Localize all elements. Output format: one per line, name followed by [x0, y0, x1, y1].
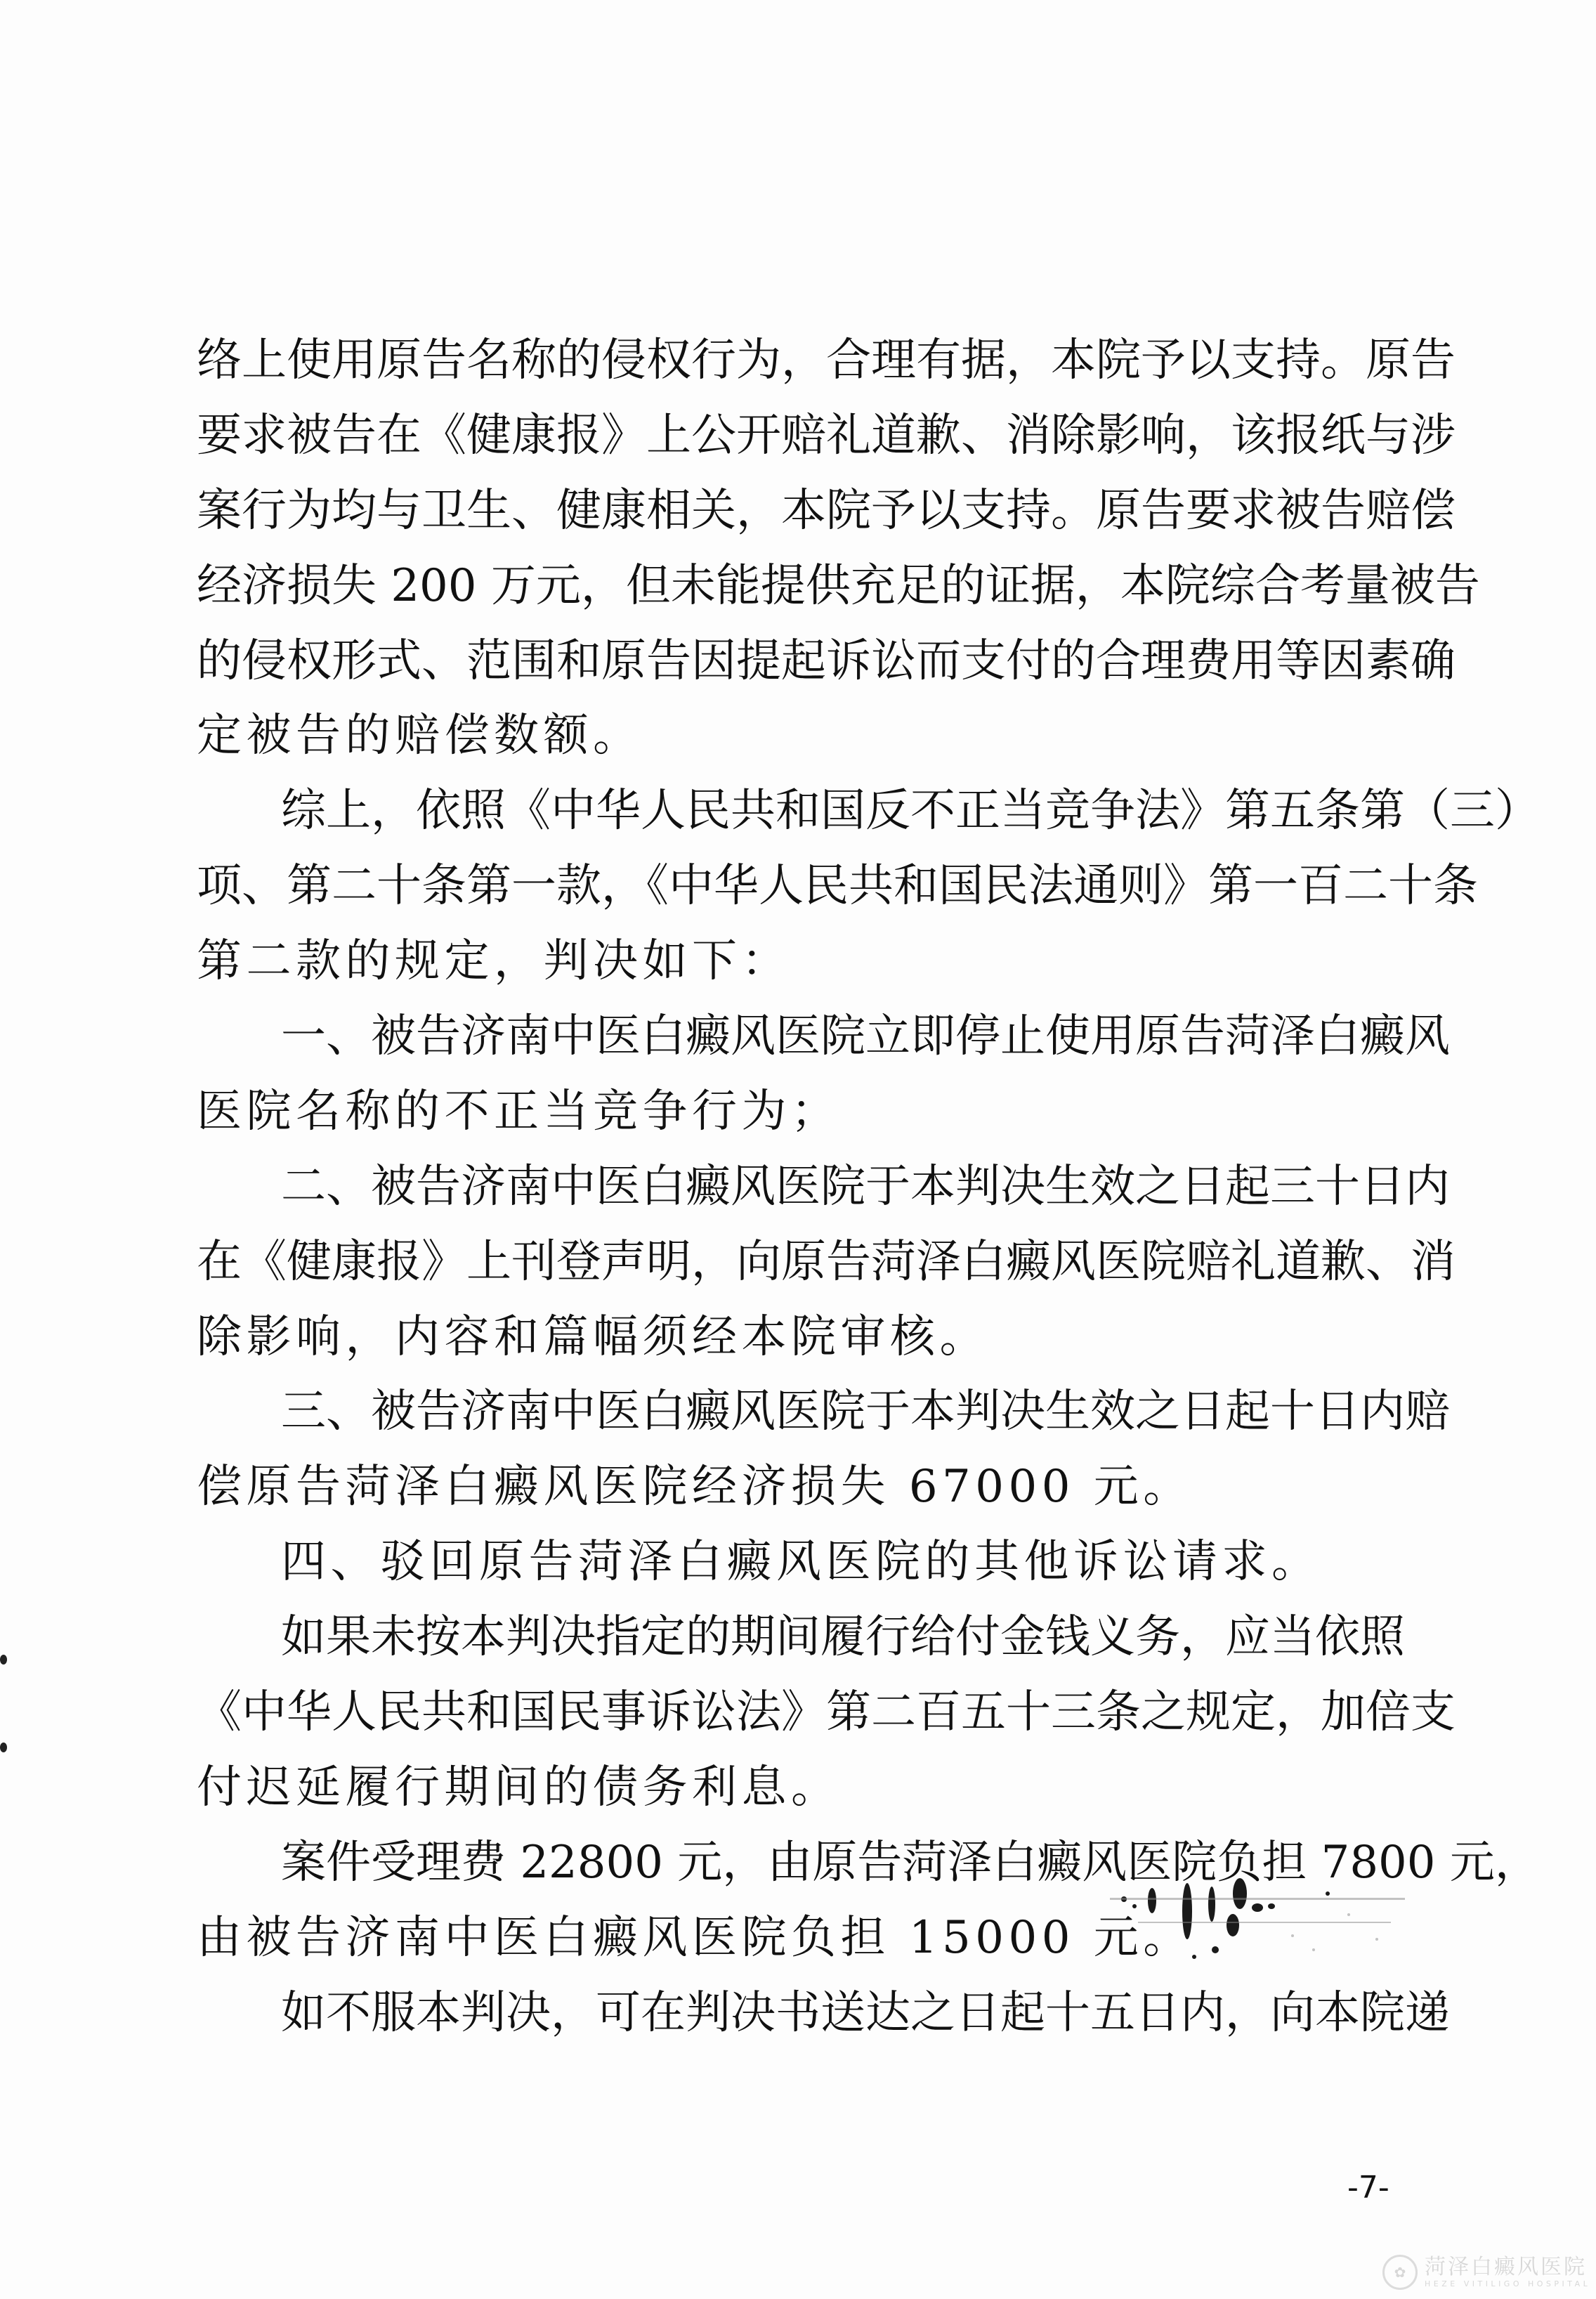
text-line: 《中华人民共和国民事诉讼法》第二百五十三条之规定，加倍支: [197, 1675, 1398, 1750]
text-line: 第二款的规定，判决如下：: [197, 924, 1398, 999]
scan-edge-mark: [0, 1655, 7, 1665]
judgment-body-text: 络上使用原告名称的侵权行为，合理有据，本院予以支持。原告要求被告在《健康报》上公…: [197, 323, 1398, 2050]
text-line: 二、被告济南中医白癜风医院于本判决生效之日起三十日内: [197, 1149, 1398, 1225]
text-line: 综上，依照《中华人民共和国反不正当竞争法》第五条第（三）: [197, 774, 1398, 849]
text-line: 在《健康报》上刊登声明，向原告菏泽白癜风医院赔礼道歉、消: [197, 1225, 1398, 1300]
text-line: 三、被告济南中医白癜风医院于本判决生效之日起十日内赔: [197, 1374, 1398, 1450]
watermark-name-cn: 菏泽白癜风医院: [1425, 2255, 1590, 2279]
text-line: 的侵权形式、范围和原告因提起诉讼而支付的合理费用等因素确: [197, 624, 1398, 699]
hospital-watermark: ✿ 菏泽白癜风医院 HEZE VITILIGO HOSPITAL: [1382, 2253, 1593, 2292]
text-line: 如果未按本判决指定的期间履行给付金钱义务，应当依照: [197, 1600, 1398, 1675]
text-line: 偿原告菏泽白癜风医院经济损失 67000 元。: [197, 1450, 1398, 1525]
text-line: 经济损失 200 万元，但未能提供充足的证据，本院综合考量被告: [197, 549, 1398, 624]
text-line: 如不服本判决，可在判决书送达之日起十五日内，向本院递: [197, 1976, 1398, 2051]
watermark-name-en: HEZE VITILIGO HOSPITAL: [1425, 2279, 1590, 2289]
text-line: 付迟延履行期间的债务利息。: [197, 1750, 1398, 1825]
text-line: 项、第二十条第一款，《中华人民共和国民法通则》第一百二十条: [197, 849, 1398, 924]
hospital-seal-icon: ✿: [1382, 2255, 1418, 2290]
page-number: -7-: [1347, 2170, 1389, 2206]
text-line: 要求被告在《健康报》上公开赔礼道歉、消除影响，该报纸与涉: [197, 398, 1398, 474]
scan-edge-mark: [0, 1743, 7, 1752]
text-line: 案行为均与卫生、健康相关，本院予以支持。原告要求被告赔偿: [197, 474, 1398, 549]
text-line: 四、驳回原告菏泽白癜风医院的其他诉讼请求。: [197, 1525, 1398, 1600]
text-line: 一、被告济南中医白癜风医院立即停止使用原告菏泽白癜风: [197, 999, 1398, 1074]
text-line: 定被告的赔偿数额。: [197, 698, 1398, 774]
court-seal-stamp-artifact: [1110, 1873, 1405, 1978]
text-line: 医院名称的不正当竞争行为；: [197, 1074, 1398, 1149]
text-line: 除影响，内容和篇幅须经本院审核。: [197, 1300, 1398, 1375]
document-page: 络上使用原告名称的侵权行为，合理有据，本院予以支持。原告要求被告在《健康报》上公…: [0, 0, 1596, 2299]
text-line: 络上使用原告名称的侵权行为，合理有据，本院予以支持。原告: [197, 323, 1398, 398]
